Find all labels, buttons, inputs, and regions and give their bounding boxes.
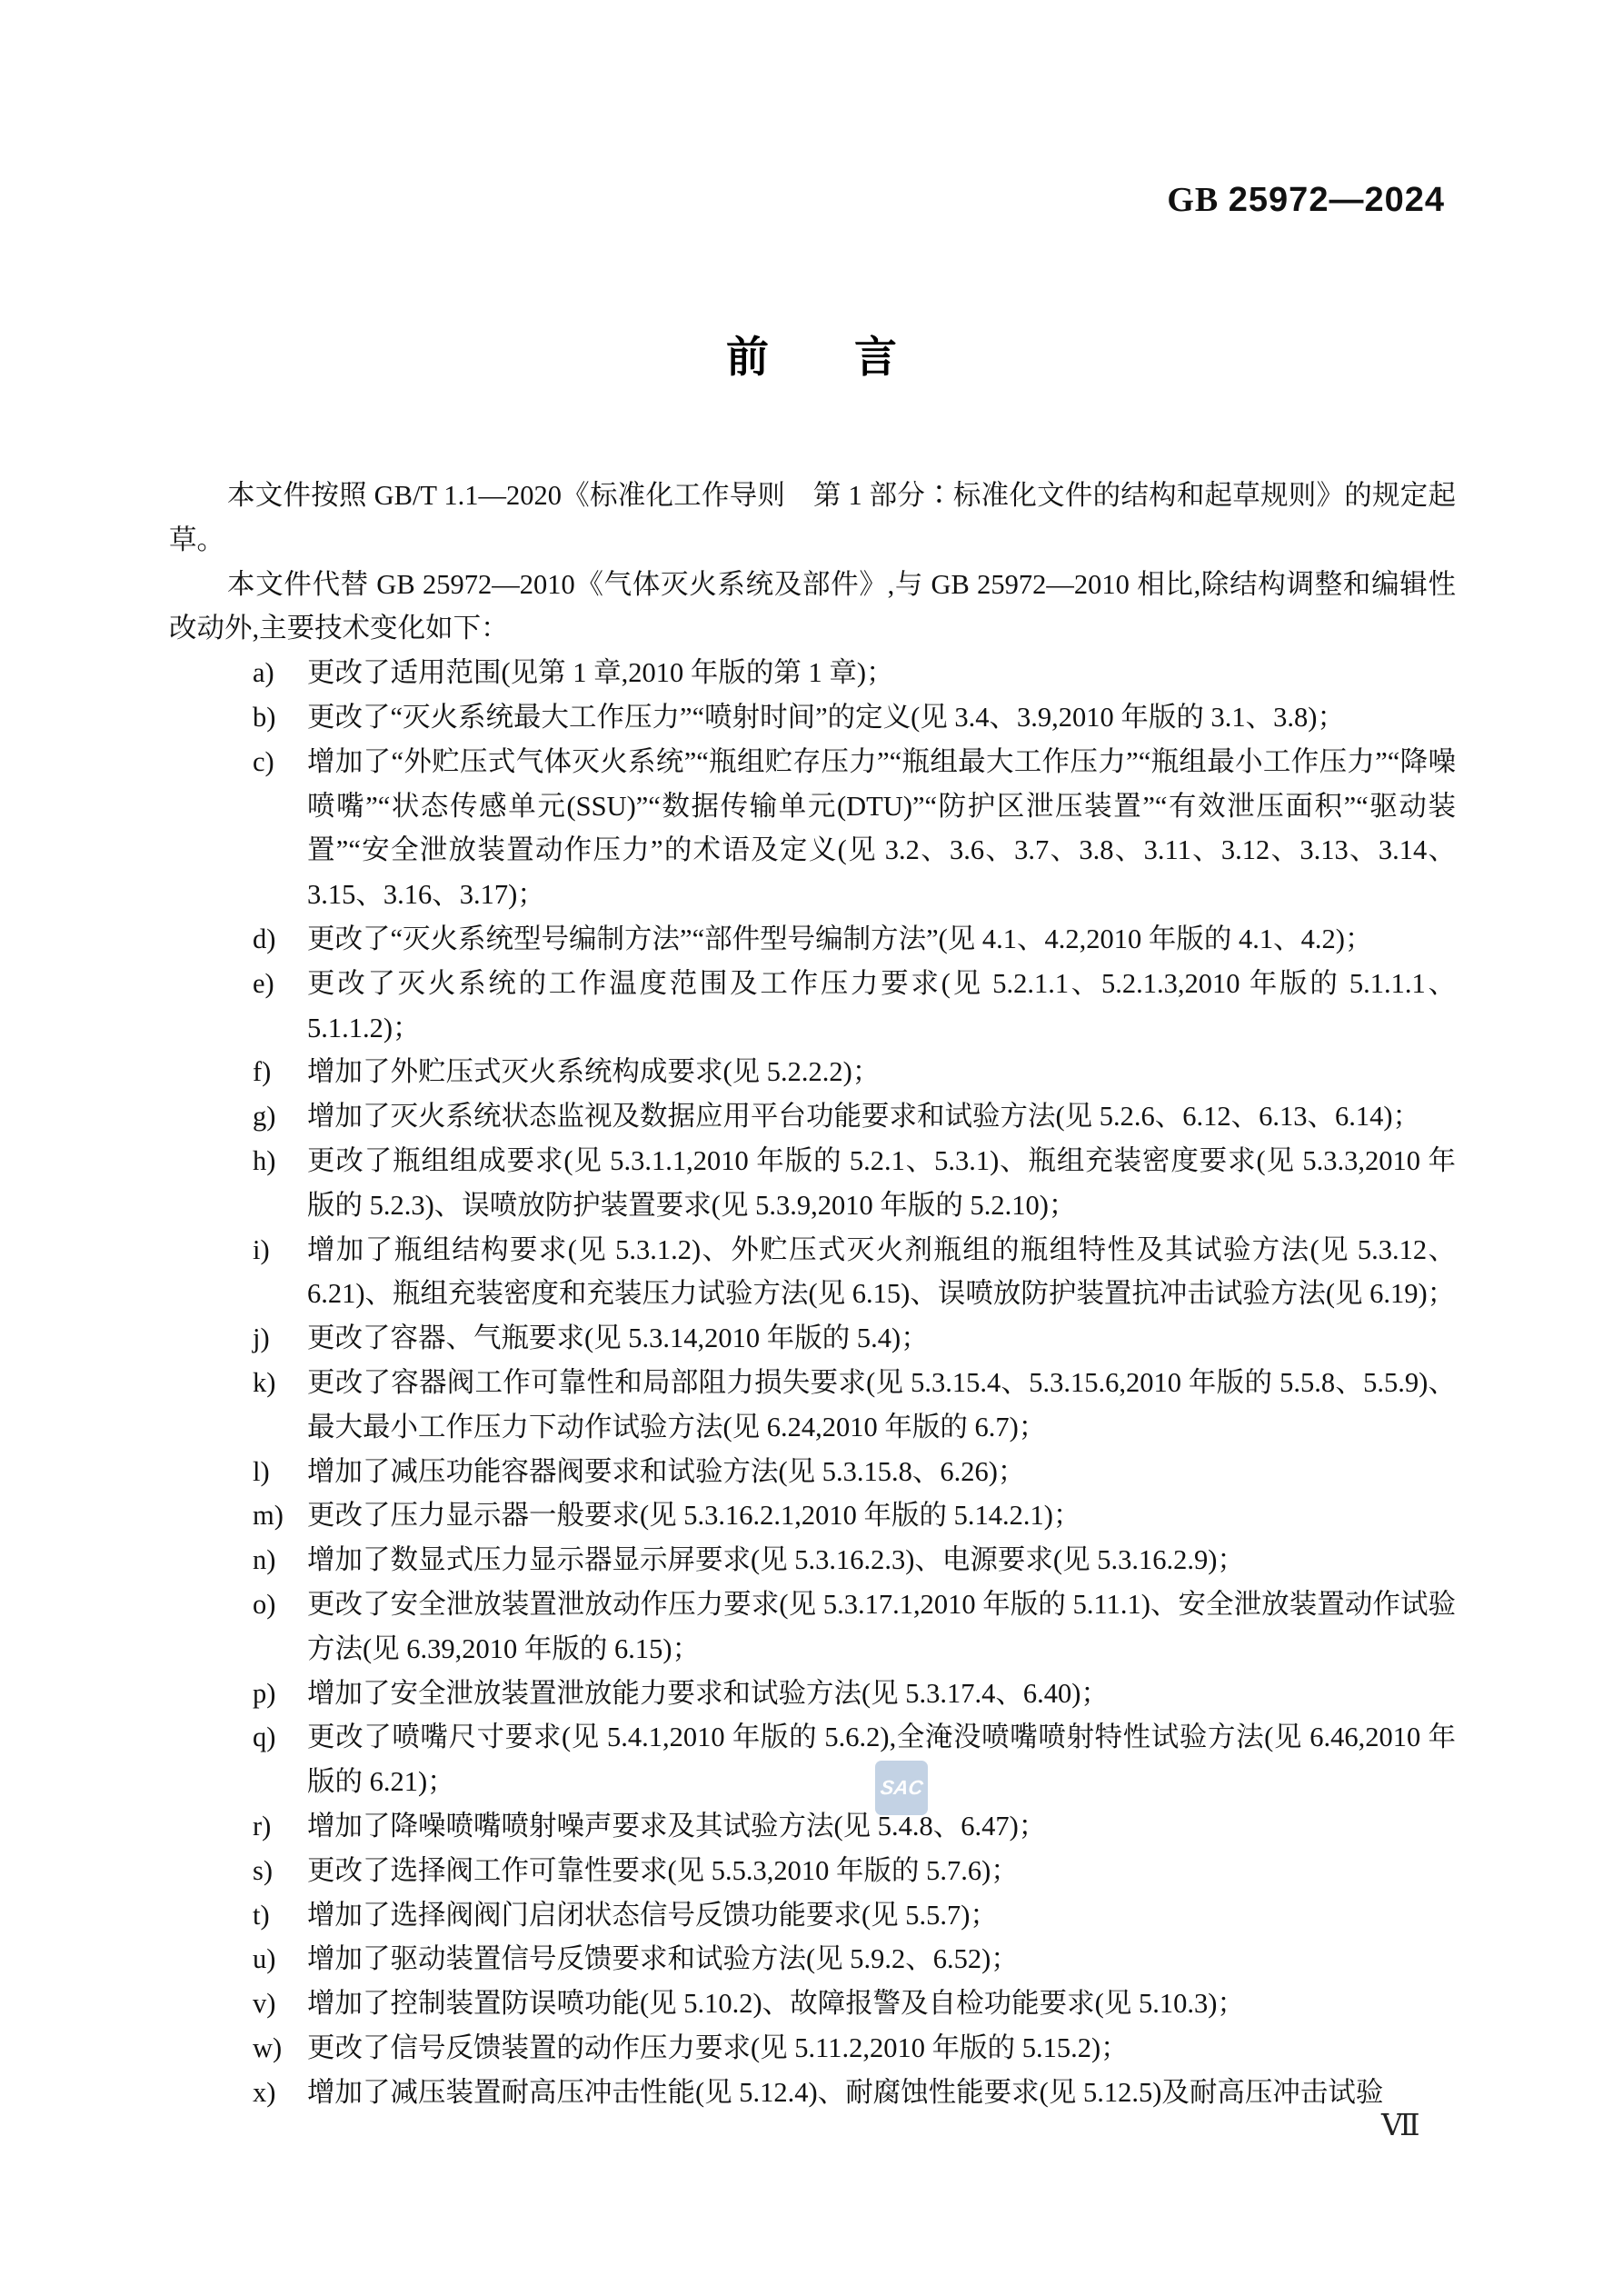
standard-code: GB 25972—2024	[1167, 180, 1445, 220]
list-item-text: 增加了数显式压力显示器显示屏要求(见 5.3.16.2.3)、电源要求(见 5.…	[307, 1544, 1245, 1575]
list-item-label: t)	[253, 1893, 270, 1938]
list-item-label: r)	[253, 1804, 271, 1849]
standard-code-prefix: GB	[1167, 181, 1219, 219]
list-item: v)增加了控制装置防误喷功能(见 5.10.2)、故障报警及自检功能要求(见 5…	[169, 1982, 1456, 2026]
list-item-text: 更改了容器阀工作可靠性和局部阻力损失要求(见 5.3.15.4、5.3.15.6…	[307, 1367, 1456, 1442]
list-item: x)增加了减压装置耐高压冲击性能(见 5.12.4)、耐腐蚀性能要求(见 5.1…	[169, 2071, 1456, 2115]
list-item: q)更改了喷嘴尺寸要求(见 5.4.1,2010 年版的 5.6.2),全淹没喷…	[169, 1715, 1456, 1804]
foreword-body: 本文件按照 GB/T 1.1—2020《标准化工作导则 第 1 部分∶标准化文件…	[169, 474, 1456, 2114]
list-item-label: j)	[253, 1316, 270, 1361]
list-item-label: d)	[253, 917, 275, 962]
list-item-label: c)	[253, 740, 274, 784]
list-item: u)增加了驱动装置信号反馈要求和试验方法(见 5.9.2、6.52)；	[169, 1937, 1456, 1982]
foreword-paragraph: 本文件代替 GB 25972—2010《气体灭火系统及部件》,与 GB 2597…	[169, 563, 1456, 652]
list-item-label: m)	[253, 1493, 284, 1538]
list-item-text: 更改了喷嘴尺寸要求(见 5.4.1,2010 年版的 5.6.2),全淹没喷嘴喷…	[307, 1722, 1456, 1797]
list-item-label: l)	[253, 1450, 270, 1494]
list-item-text: 更改了信号反馈装置的动作压力要求(见 5.11.2,2010 年版的 5.15.…	[307, 2032, 1129, 2063]
list-item-label: s)	[253, 1849, 273, 1893]
list-item-text: 增加了“外贮压式气体灭火系统”“瓶组贮存压力”“瓶组最大工作压力”“瓶组最小工作…	[307, 746, 1456, 910]
list-item: n)增加了数显式压力显示器显示屏要求(见 5.3.16.2.3)、电源要求(见 …	[169, 1538, 1456, 1582]
list-item-label: x)	[253, 2071, 275, 2115]
list-item-label: f)	[253, 1050, 271, 1094]
list-item: g)增加了灭火系统状态监视及数据应用平台功能要求和试验方法(见 5.2.6、6.…	[169, 1094, 1456, 1139]
list-item-text: 更改了安全泄放装置泄放动作压力要求(见 5.3.17.1,2010 年版的 5.…	[307, 1589, 1456, 1664]
standard-code-number: 25972—2024	[1229, 181, 1445, 219]
list-item: j)更改了容器、气瓶要求(见 5.3.14,2010 年版的 5.4)；	[169, 1316, 1456, 1361]
list-item-text: 更改了选择阀工作可靠性要求(见 5.5.3,2010 年版的 5.7.6)；	[307, 1855, 1019, 1886]
list-item-text: 增加了减压装置耐高压冲击性能(见 5.12.4)、耐腐蚀性能要求(见 5.12.…	[307, 2077, 1383, 2108]
list-item: i)增加了瓶组结构要求(见 5.3.1.2)、外贮压式灭火剂瓶组的瓶组特性及其试…	[169, 1228, 1456, 1317]
list-item-text: 更改了“灭火系统型号编制方法”“部件型号编制方法”(见 4.1、4.2,2010…	[307, 923, 1372, 954]
list-item-label: n)	[253, 1538, 275, 1582]
list-item-text: 增加了降噪喷嘴喷射噪声要求及其试验方法(见 5.4.8、6.47)；	[307, 1811, 1046, 1842]
list-item: f)增加了外贮压式灭火系统构成要求(见 5.2.2.2)；	[169, 1050, 1456, 1094]
list-item: a)更改了适用范围(见第 1 章,2010 年版的第 1 章)；	[169, 651, 1456, 695]
document-page: GB 25972—2024 前 言 SAC 本文件按照 GB/T 1.1—202…	[0, 0, 1623, 2296]
list-item-label: p)	[253, 1672, 275, 1716]
list-item: k)更改了容器阀工作可靠性和局部阻力损失要求(见 5.3.15.4、5.3.15…	[169, 1361, 1456, 1450]
technical-changes-list: a)更改了适用范围(见第 1 章,2010 年版的第 1 章)； b)更改了“灭…	[169, 651, 1456, 2114]
list-item-text: 增加了驱动装置信号反馈要求和试验方法(见 5.9.2、6.52)；	[307, 1943, 1019, 1974]
list-item-label: i)	[253, 1228, 270, 1273]
list-item-label: u)	[253, 1937, 275, 1982]
list-item: t)增加了选择阀阀门启闭状态信号反馈功能要求(见 5.5.7)；	[169, 1893, 1456, 1938]
list-item-text: 更改了“灭火系统最大工作压力”“喷射时间”的定义(见 3.4、3.9,2010 …	[307, 702, 1345, 733]
list-item-text: 增加了减压功能容器阀要求和试验方法(见 5.3.15.8、6.26)；	[307, 1456, 1025, 1487]
list-item-label: h)	[253, 1139, 275, 1183]
list-item-text: 增加了灭火系统状态监视及数据应用平台功能要求和试验方法(见 5.2.6、6.12…	[307, 1101, 1420, 1132]
list-item-text: 增加了控制装置防误喷功能(见 5.10.2)、故障报警及自检功能要求(见 5.1…	[307, 1988, 1245, 2019]
page-title: 前 言	[0, 324, 1623, 384]
list-item: c)增加了“外贮压式气体灭火系统”“瓶组贮存压力”“瓶组最大工作压力”“瓶组最小…	[169, 740, 1456, 917]
list-item-text: 更改了容器、气瓶要求(见 5.3.14,2010 年版的 5.4)；	[307, 1323, 929, 1353]
list-item: h)更改了瓶组组成要求(见 5.3.1.1,2010 年版的 5.2.1、5.3…	[169, 1139, 1456, 1228]
list-item-label: a)	[253, 651, 274, 695]
list-item: w)更改了信号反馈装置的动作压力要求(见 5.11.2,2010 年版的 5.1…	[169, 2026, 1456, 2071]
list-item: p)增加了安全泄放装置泄放能力要求和试验方法(见 5.3.17.4、6.40)；	[169, 1672, 1456, 1716]
list-item: r)增加了降噪喷嘴喷射噪声要求及其试验方法(见 5.4.8、6.47)；	[169, 1804, 1456, 1849]
list-item-label: e)	[253, 962, 274, 1006]
list-item: o)更改了安全泄放装置泄放动作压力要求(见 5.3.17.1,2010 年版的 …	[169, 1582, 1456, 1672]
list-item-label: v)	[253, 1982, 275, 2026]
list-item: d)更改了“灭火系统型号编制方法”“部件型号编制方法”(见 4.1、4.2,20…	[169, 917, 1456, 962]
list-item-text: 增加了瓶组结构要求(见 5.3.1.2)、外贮压式灭火剂瓶组的瓶组特性及其试验方…	[307, 1234, 1456, 1310]
list-item: l)增加了减压功能容器阀要求和试验方法(见 5.3.15.8、6.26)；	[169, 1450, 1456, 1494]
list-item-text: 增加了选择阀阀门启闭状态信号反馈功能要求(见 5.5.7)；	[307, 1900, 998, 1931]
list-item-text: 增加了安全泄放装置泄放能力要求和试验方法(见 5.3.17.4、6.40)；	[307, 1678, 1109, 1709]
list-item-text: 更改了适用范围(见第 1 章,2010 年版的第 1 章)；	[307, 657, 894, 688]
list-item-text: 增加了外贮压式灭火系统构成要求(见 5.2.2.2)；	[307, 1056, 880, 1087]
list-item-label: w)	[253, 2026, 282, 2071]
list-item-label: o)	[253, 1582, 275, 1627]
list-item: s)更改了选择阀工作可靠性要求(见 5.5.3,2010 年版的 5.7.6)；	[169, 1849, 1456, 1893]
list-item-label: g)	[253, 1094, 275, 1139]
list-item-text: 更改了压力显示器一般要求(见 5.3.16.2.1,2010 年版的 5.14.…	[307, 1500, 1080, 1531]
list-item-label: q)	[253, 1715, 275, 1760]
list-item-label: k)	[253, 1361, 275, 1405]
list-item: e)更改了灭火系统的工作温度范围及工作压力要求(见 5.2.1.1、5.2.1.…	[169, 962, 1456, 1051]
foreword-paragraph: 本文件按照 GB/T 1.1—2020《标准化工作导则 第 1 部分∶标准化文件…	[169, 474, 1456, 563]
list-item-text: 更改了灭火系统的工作温度范围及工作压力要求(见 5.2.1.1、5.2.1.3,…	[307, 968, 1456, 1043]
list-item: b)更改了“灭火系统最大工作压力”“喷射时间”的定义(见 3.4、3.9,201…	[169, 695, 1456, 740]
list-item-label: b)	[253, 695, 275, 740]
list-item: m)更改了压力显示器一般要求(见 5.3.16.2.1,2010 年版的 5.1…	[169, 1493, 1456, 1538]
list-item-text: 更改了瓶组组成要求(见 5.3.1.1,2010 年版的 5.2.1、5.3.1…	[307, 1145, 1456, 1221]
